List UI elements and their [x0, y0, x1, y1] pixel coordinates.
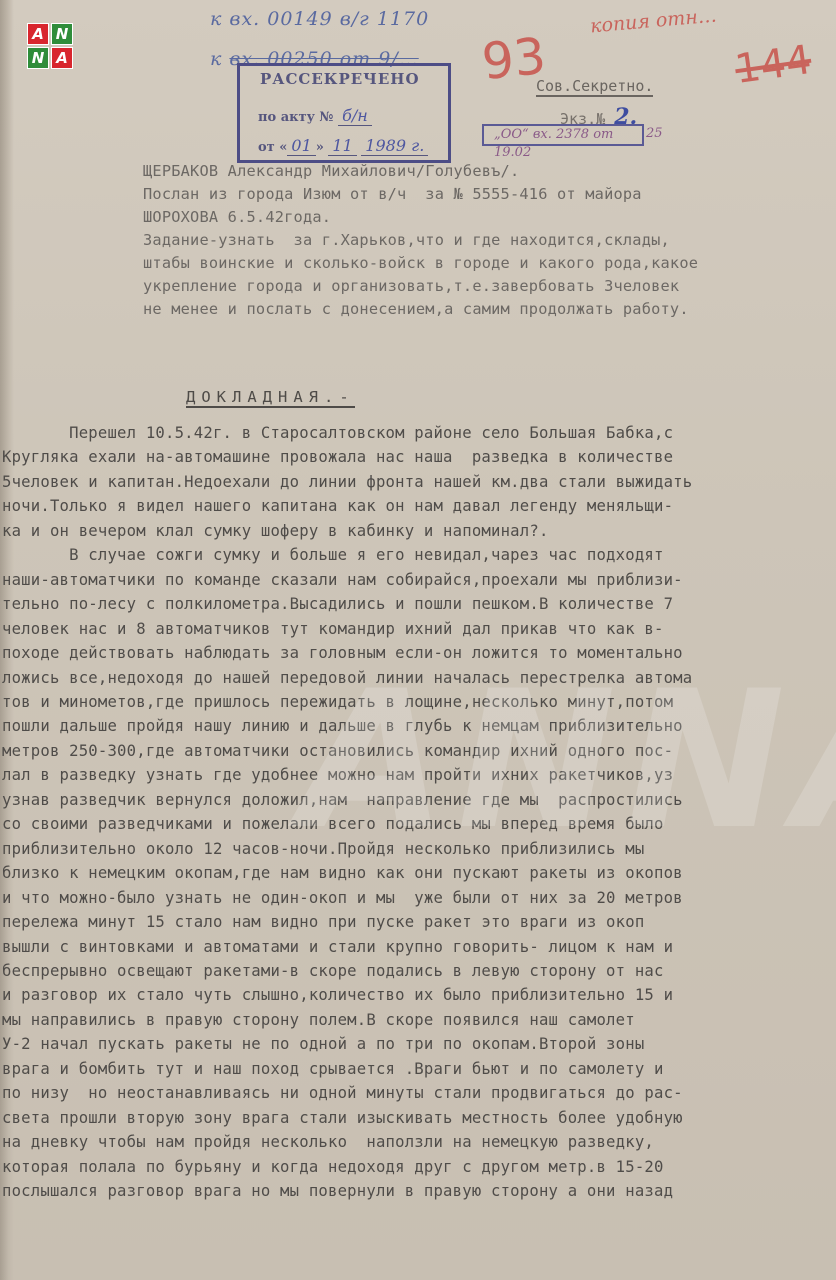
- body-line: ка и он вечером клал сумку шоферу в каби…: [2, 519, 692, 543]
- document-title: ДОКЛАДНАЯ.-: [186, 388, 355, 408]
- body-line: и что можно-было узнать не один-окоп и м…: [2, 886, 692, 910]
- body-line: лал в разведку узнать где удобнее можно …: [2, 763, 692, 787]
- anna-logo: A N N A: [27, 23, 73, 69]
- incoming-register-stamp: „ОО“ вх. 2378 от 19.02: [482, 124, 644, 146]
- stamp-date-line: от «01» 11 1989 г.: [258, 136, 428, 155]
- body-line: 5человек и капитан.Недоехали до линии фр…: [2, 470, 692, 494]
- document-page: A N N A к вх. 00149 в/г 1170 к вх. 00250…: [0, 0, 836, 1280]
- declassified-stamp: РАССЕКРЕЧЕНО по акту № б/н от «01» 11 19…: [237, 63, 451, 163]
- body-line: врага и бомбить тут и наш поход срываетс…: [2, 1057, 692, 1081]
- body-line: приблизительно около 12 часов-ночи.Пройд…: [2, 837, 692, 861]
- red-handwritten-note: копия отн…: [589, 5, 717, 38]
- ref2-prefix: к: [210, 48, 222, 70]
- body-line: тельно по-лесу с полкилометра.Высадились…: [2, 592, 692, 616]
- body-line: мы направились в правую сторону полем.В …: [2, 1008, 692, 1032]
- body-line: узнав разведчик вернулся доложил,нам нап…: [2, 788, 692, 812]
- body-line: пошли дальше пройдя нашу линию и дальше …: [2, 714, 692, 738]
- body-line: Перешел 10.5.42г. в Старосалтовском райо…: [2, 421, 692, 445]
- body-line: близко к немецким окопам,где нам видно к…: [2, 861, 692, 885]
- body-line: которая полала по бурьяну и когда недохо…: [2, 1155, 692, 1179]
- handwritten-reference-1: к вх. 00149 в/г 1170: [210, 8, 429, 30]
- secrecy-label: Сов.Секретно.: [536, 77, 653, 97]
- body-line: и разговор их стало чуть слышно,количест…: [2, 983, 692, 1007]
- body-line: беспрерывно освещают ракетами-в скоре по…: [2, 959, 692, 983]
- body-line: тов и минометов,где пришлось пережидать …: [2, 690, 692, 714]
- body-line: У-2 начал пускать ракеты не по одной а п…: [2, 1032, 692, 1056]
- stamp-act-value: б/н: [338, 106, 372, 126]
- logo-letter: A: [27, 23, 49, 45]
- body-line: вышли с винтовками и автоматами и стали …: [2, 935, 692, 959]
- red-struck-page-number: 144: [732, 37, 814, 93]
- header-line: Послан из города Изюм от в/ч за № 5555-4…: [143, 183, 698, 206]
- stamp-date-day: 01: [287, 136, 315, 156]
- header-line: укрепление города и организовать,т.е.зав…: [143, 275, 698, 298]
- stamp-act-label: по акту №: [258, 110, 334, 125]
- body-line: человек нас и 8 автоматчиков тут команди…: [2, 617, 692, 641]
- body-line: Кругляка ехали на-автомашине провожала н…: [2, 445, 692, 469]
- header-line: ЩЕРБАКОВ Александр Михайлович/Голубевъ/.: [143, 160, 698, 183]
- stamp-date-year: 1989 г.: [361, 136, 428, 156]
- body-line: В случае сожги сумку и больше я его неви…: [2, 543, 692, 567]
- body-line: перележа минут 15 стало нам видно при пу…: [2, 910, 692, 934]
- agent-header-block: ЩЕРБАКОВ Александр Михайлович/Голубевъ/.…: [143, 160, 698, 321]
- body-line: по низу но неостанавливаясь ни одной мин…: [2, 1081, 692, 1105]
- logo-letter: N: [27, 47, 49, 69]
- logo-letter: A: [51, 47, 73, 69]
- report-body: Перешел 10.5.42г. в Старосалтовском райо…: [2, 421, 692, 1204]
- body-line: на дневку чтобы нам пройдя несколько нап…: [2, 1130, 692, 1154]
- stamp-date-prefix: от «: [258, 140, 287, 155]
- header-line: штабы воинские и сколько-войск в городе …: [143, 252, 698, 275]
- body-line: со своими разведчиками и пожелали всего …: [2, 812, 692, 836]
- header-line: не менее и послать с донесением,а самим …: [143, 298, 698, 321]
- stamp-date-month: 11: [328, 136, 356, 156]
- body-line: ложись все,недоходя до нашей передовой л…: [2, 666, 692, 690]
- body-line: наши-автоматчики по команде сказали нам …: [2, 568, 692, 592]
- body-line: походе действовать наблюдать за головным…: [2, 641, 692, 665]
- stamp-title: РАССЕКРЕЧЕНО: [260, 70, 420, 88]
- incoming-register-tail: 25: [646, 126, 663, 141]
- logo-letter: N: [51, 23, 73, 45]
- body-line: света прошли вторую зону врага стали изы…: [2, 1106, 692, 1130]
- body-line: послышался разговор врага но мы повернул…: [2, 1179, 692, 1203]
- header-line: ШОРОХОВА 6.5.42года.: [143, 206, 698, 229]
- stamp-date-sep: »: [316, 140, 324, 155]
- stamp-act-line: по акту № б/н: [258, 106, 372, 125]
- header-line: Задание-узнать за г.Харьков,что и где на…: [143, 229, 698, 252]
- body-line: ночи.Только я видел нашего капитана как …: [2, 494, 692, 518]
- body-line: метров 250-300,где автоматчики остановил…: [2, 739, 692, 763]
